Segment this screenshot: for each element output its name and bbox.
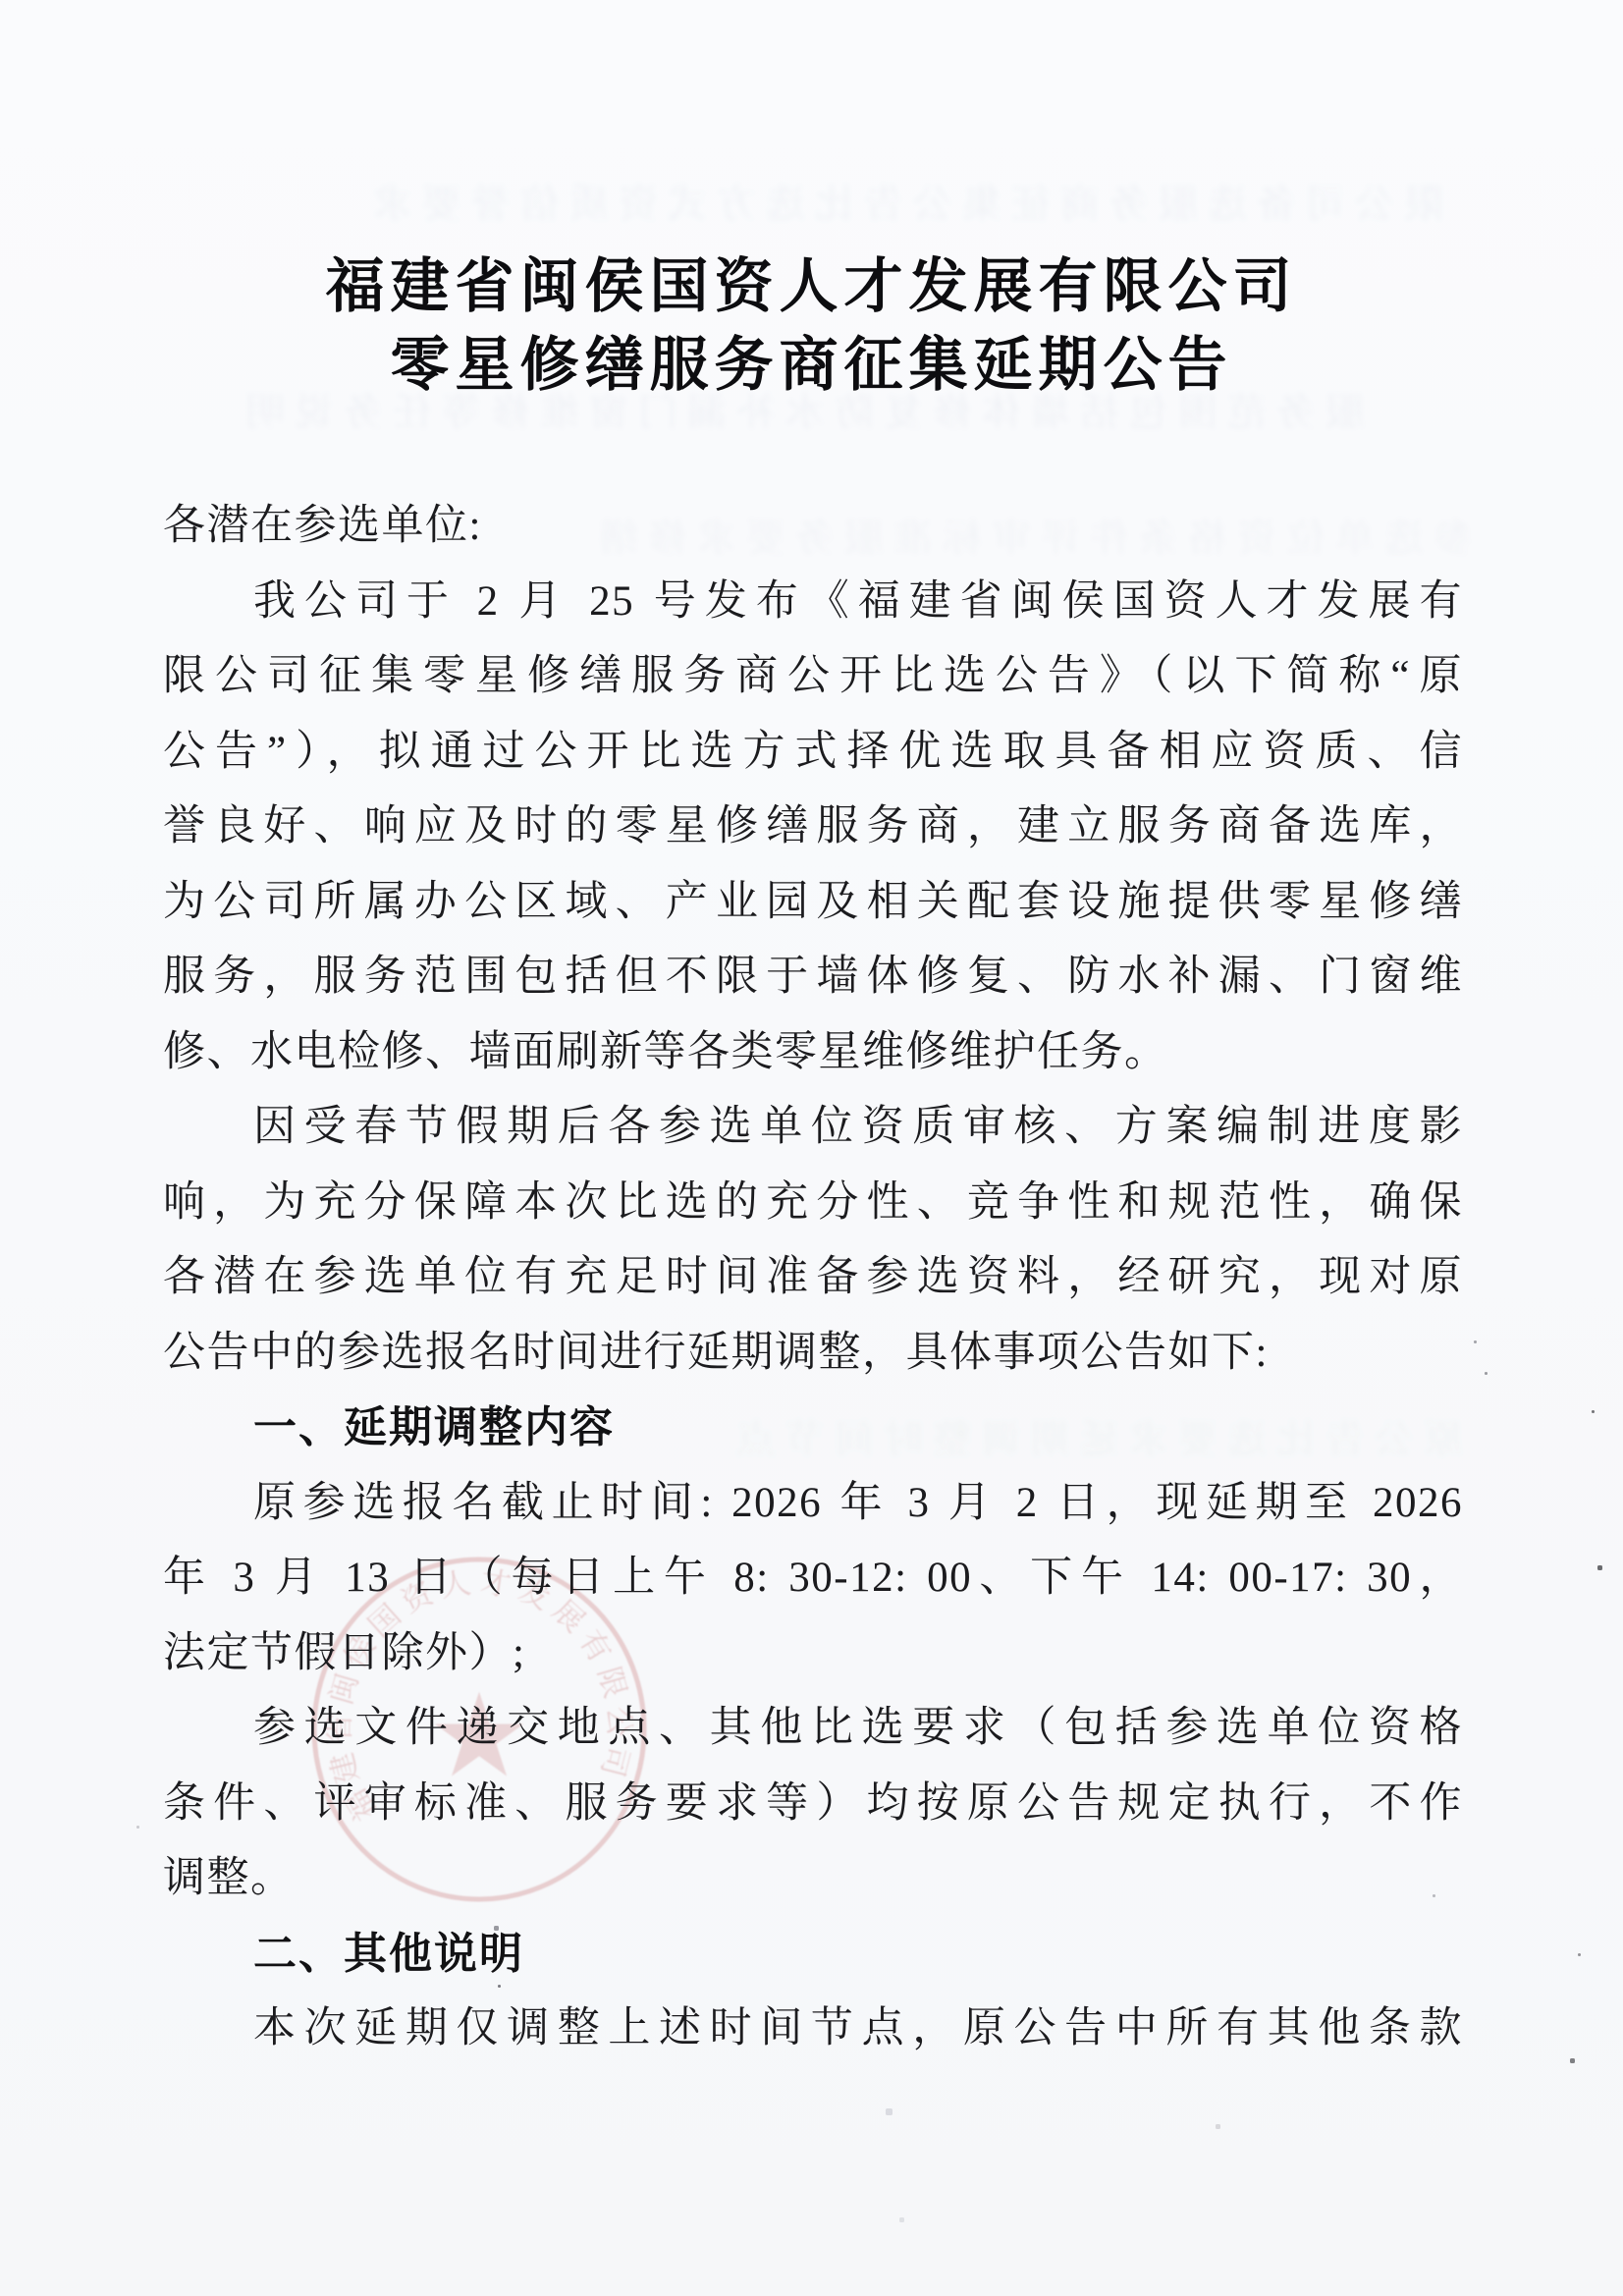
text-line: 二、其他说明: [163, 1917, 1463, 1993]
paragraph: 各潜在参选单位:: [163, 489, 1463, 565]
text-line: 各潜在参选单位:: [163, 489, 1463, 565]
text-line: 本次延期仅调整上述时间节点，原公告中所有其他条款: [163, 1992, 1463, 2067]
text-line: 为公司所属办公区域、产业园及相关配套设施提供零星修缮: [163, 865, 1463, 941]
text-line: 我公司于 2 月 25 号发布《福建省闽侯国资人才发展有: [163, 565, 1463, 640]
paragraph: 本次延期仅调整上述时间节点，原公告中所有其他条款: [163, 1992, 1463, 2067]
text-line: 参选文件递交地点、其他比选要求（包括参选单位资格: [163, 1691, 1463, 1767]
paragraph: 原参选报名截止时间: 2026 年 3 月 2 日，现延期至 2026年 3 月…: [163, 1466, 1463, 1692]
paragraph: 因受春节假期后各参选单位资质审核、方案编制进度影响，为充分保障本次比选的充分性、…: [163, 1090, 1463, 1391]
text-line: 法定节假日除外）;: [163, 1616, 1463, 1692]
text-line: 服务，服务范围包括但不限于墙体修复、防水补漏、门窗维: [163, 940, 1463, 1015]
text-line: 响，为充分保障本次比选的充分性、竞争性和规范性，确保: [163, 1166, 1463, 1241]
scanned-document-page: 限公司备选服务商征集公告比选方式资质信誉要求 服务范围包括墙体修复防水补漏门窗维…: [0, 0, 1623, 2296]
scan-noise-specks: [0, 0, 1, 1]
text-line: 原参选报名截止时间: 2026 年 3 月 2 日，现延期至 2026: [163, 1466, 1463, 1542]
paragraph: 参选文件递交地点、其他比选要求（包括参选单位资格条件、评审标准、服务要求等）均按…: [163, 1691, 1463, 1917]
text-line: 年 3 月 13 日（每日上午 8: 30-12: 00、下午 14: 00-1…: [163, 1541, 1463, 1616]
text-line: 公告中的参选报名时间进行延期调整，具体事项公告如下:: [163, 1316, 1463, 1392]
section-heading: 二、其他说明: [163, 1917, 1463, 1993]
section-heading: 一、延期调整内容: [163, 1391, 1463, 1466]
text-line: 调整。: [163, 1841, 1463, 1917]
document-title-line-2: 零星修缮服务商征集延期公告: [0, 326, 1623, 405]
text-line: 各潜在参选单位有充足时间准备参选资料，经研究，现对原: [163, 1240, 1463, 1316]
text-line: 公告”），拟通过公开比选方式择优选取具备相应资质、信: [163, 715, 1463, 791]
paragraph: 我公司于 2 月 25 号发布《福建省闽侯国资人才发展有限公司征集零星修缮服务商…: [163, 565, 1463, 1091]
document-title-line-1: 福建省闽侯国资人才发展有限公司: [0, 247, 1623, 326]
text-line: 条件、评审标准、服务要求等）均按原公告规定执行，不作: [163, 1767, 1463, 1842]
text-line: 誉良好、响应及时的零星修缮服务商，建立服务商备选库，: [163, 790, 1463, 865]
text-line: 因受春节假期后各参选单位资质审核、方案编制进度影: [163, 1090, 1463, 1166]
text-line: 限公司征集零星修缮服务商公开比选公告》（以下简称“原: [163, 639, 1463, 715]
document-title: 福建省闽侯国资人才发展有限公司 零星修缮服务商征集延期公告: [0, 247, 1623, 405]
bleedthrough-text: 限公司备选服务商征集公告比选方式资质信誉要求: [196, 173, 1443, 226]
text-line: 修、水电检修、墙面刷新等各类零星维修维护任务。: [163, 1015, 1463, 1091]
document-body: 各潜在参选单位:我公司于 2 月 25 号发布《福建省闽侯国资人才发展有限公司征…: [163, 489, 1463, 2067]
text-line: 一、延期调整内容: [163, 1391, 1463, 1466]
